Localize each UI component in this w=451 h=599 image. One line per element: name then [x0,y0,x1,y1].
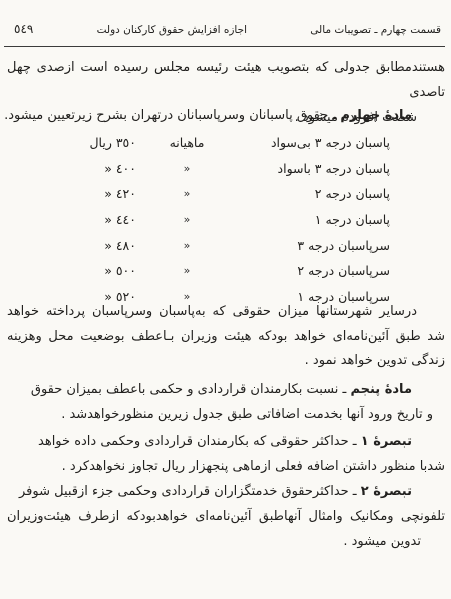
note-2-text: ـ حداکثرحقوق خدمتگزاران قراردادی وحکمی ج… [19,484,357,499]
period-cell: « [136,264,238,277]
period-cell: « [136,239,238,252]
rank-cell: سرپاسبان درجه ٢ [238,263,390,278]
header-rule [4,46,445,47]
rank-cell: پاسبان درجه ٢ [238,186,390,201]
amount-cell: ٥٠٠ « [24,263,136,278]
salary-table: پاسبان درجه ٣ بی‌سواد ماهیانه ٣٥٠ ریال پ… [7,130,445,309]
table-row: سرپاسبان درجه ٣ « ٤٨٠ « [7,232,390,258]
table-row: سرپاسبان درجه ٢ « ٥٠٠ « [7,258,390,284]
paragraph-line: زندگی تدوین خواهد نمود . [7,349,445,374]
article-4-text: ـ حقوق پاسبانان وسرپاسبانان درتهران بشرح… [4,108,336,123]
period-cell: « [136,162,238,175]
page-header: قسمت چهارم ـ تصویبات مالی اجازه افزایش ح… [8,22,441,36]
page-number: ٥٤٩ [8,22,33,36]
period-cell: ماهیانه [136,135,238,150]
rank-cell: سرپاسبان درجه ٣ [238,238,390,253]
document-page: قسمت چهارم ـ تصویبات مالی اجازه افزایش ح… [0,0,451,599]
note-2-paragraph: تبصرۀ ٢ ـ حداکثرحقوق خدمتگزاران قراردادی… [7,479,445,554]
paragraph-line: شد طبق آئین‌نامه‌ای خواهد بودکه هیئت وزی… [7,325,445,350]
header-section-title: قسمت چهارم ـ تصویبات مالی [310,24,441,36]
amount-cell: ٤٨٠ « [24,238,136,253]
amount-cell: ٤٤٠ « [24,212,136,227]
amount-cell: ٤٢٠ « [24,186,136,201]
rank-cell: پاسبان درجه ١ [238,212,390,227]
article-5-label: مادۀ پنجم [350,382,412,397]
header-doc-title: اجازه افزایش حقوق کارکنان دولت [33,24,310,36]
note-1-paragraph: تبصرۀ ١ ـ حداکثر حقوقی که بکارمندان قرار… [7,429,445,479]
amount-cell: ٣٥٠ ریال [24,135,136,150]
paragraph-line: درسایر شهرستانها میزان حقوقی که به‌پاسبا… [7,300,445,325]
table-row: پاسبان درجه ١ « ٤٤٠ « [7,207,390,233]
period-cell: « [136,213,238,226]
provinces-paragraph: درسایر شهرستانها میزان حقوقی که به‌پاسبا… [7,300,445,374]
paragraph-line: تدوین میشود . [7,529,445,554]
rank-cell: پاسبان درجه ٣ بی‌سواد [238,135,390,150]
article-5-paragraph: مادۀ پنجم ـ نسبت بکارمندان قراردادی و حک… [7,377,445,427]
table-row: پاسبان درجه ٣ بی‌سواد ماهیانه ٣٥٠ ریال [7,130,390,156]
note-1-text: ـ حداکثر حقوقی که بکارمندان قراردادی وحک… [38,434,357,449]
table-row: پاسبان درجه ٢ « ٤٢٠ « [7,181,390,207]
period-cell: « [136,187,238,200]
note-1-label: تبصرۀ ١ [361,434,412,449]
paragraph-line: شدبا منظور داشتن اضافه فعلی ازماهی پنجهز… [7,454,445,479]
paragraph-line: تلفونچی ومکانیک وامثال آنهاطبق آئین‌نامه… [7,504,445,529]
article-4-label: مادۀ چهارم [340,108,412,123]
table-row: پاسبان درجه ٣ باسواد « ٤٠٠ « [7,156,390,182]
note-2-label: تبصرۀ ٢ [361,484,412,499]
rank-cell: پاسبان درجه ٣ باسواد [238,161,390,176]
paragraph-line: و تاریخ ورود آنها بخدمت اضافاتی طبق جدول… [7,402,445,427]
article-4-heading: مادۀ چهارم ـ حقوق پاسبانان وسرپاسبانان د… [7,103,445,128]
amount-cell: ٤٠٠ « [24,161,136,176]
article-5-text: ـ نسبت بکارمندان قراردادی و حکمی باعطف ب… [31,382,346,397]
paragraph-line: هستندمطابق جدولی که بتصویب هیئت رئیسه مج… [7,55,445,105]
